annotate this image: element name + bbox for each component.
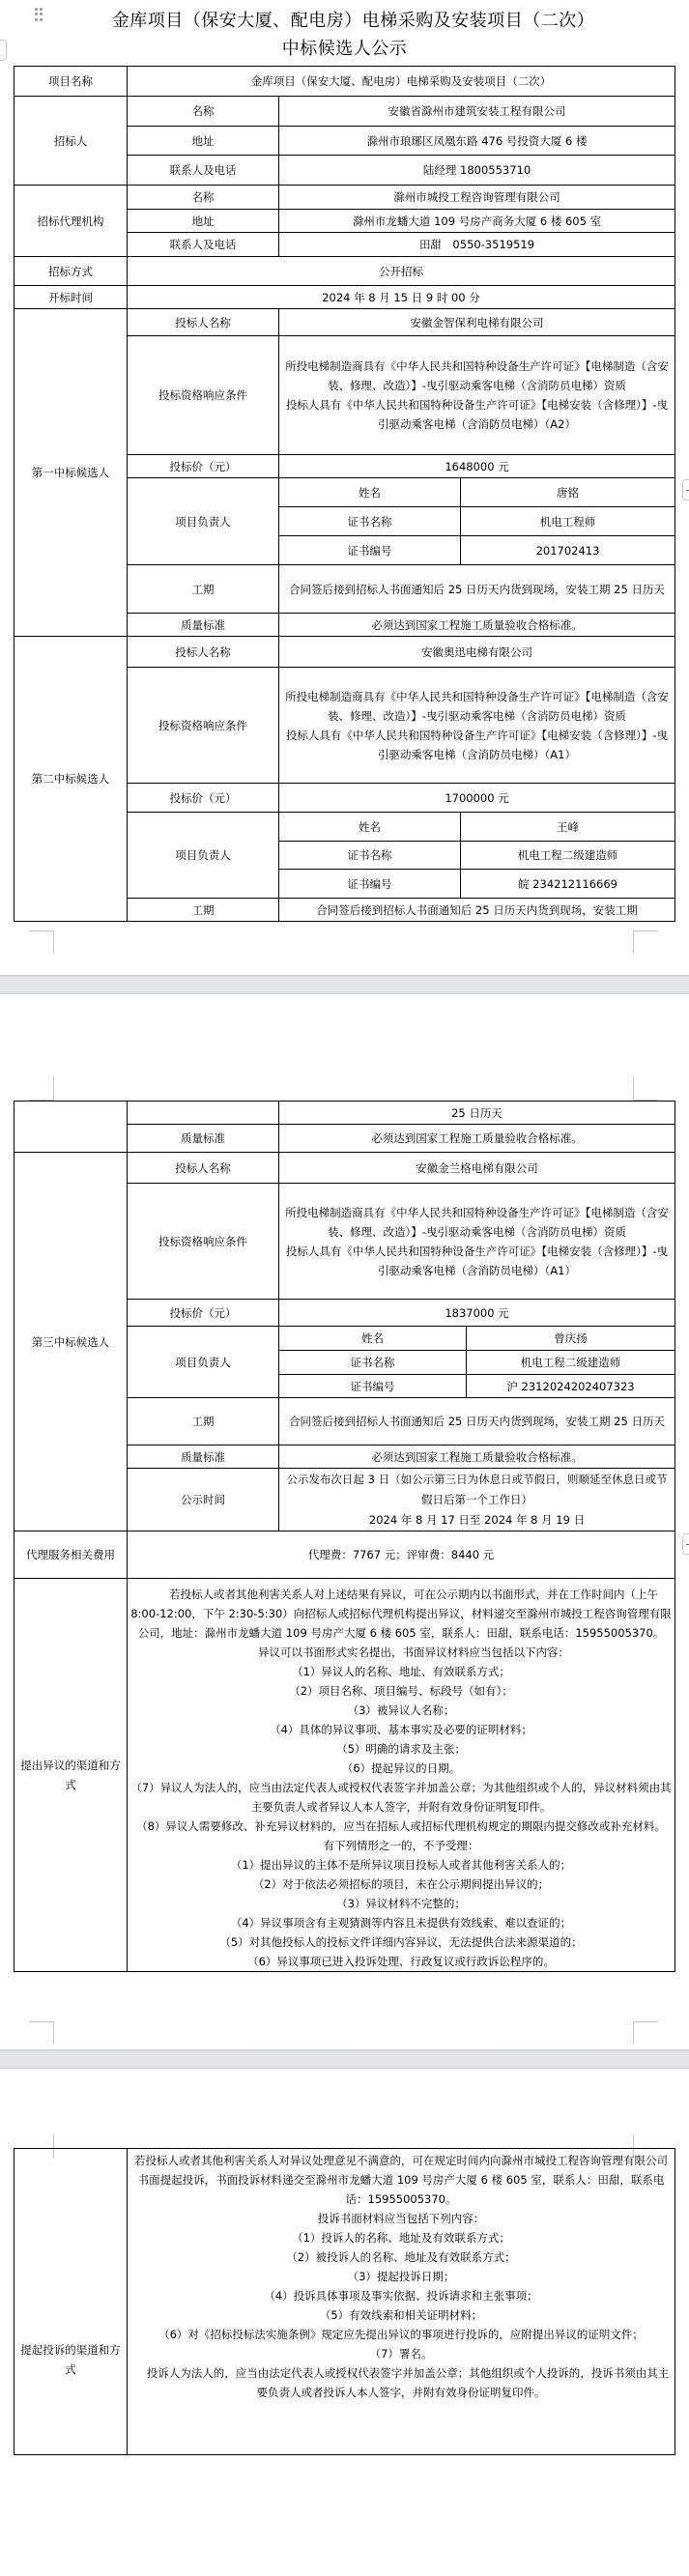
candidate-2-quality: 必须达到国家工程施工质量验收合格标准。	[279, 1125, 675, 1153]
label-publicity-time: 公示时间	[128, 1469, 279, 1531]
label-qualification: 投标资格响应条件	[128, 336, 279, 455]
table-row: 代理服务相关费用 代理费：7767 元；评审费：8440 元	[14, 1531, 675, 1579]
label-bidder-name: 投标人名称	[128, 1153, 279, 1184]
project-name-value: 金库项目（保安大厦、配电房）电梯采购及安装项目（二次）	[128, 67, 675, 97]
info-table-continued: 25 日历天 质量标准 必须达到国家工程施工质量验收合格标准。 第三中标候选人 …	[14, 1101, 675, 1972]
label-cert-no: 证书编号	[279, 870, 461, 899]
page-crop-mark	[29, 1077, 54, 1101]
tenderer-name: 安徽省滁州市建筑安装工程有限公司	[279, 97, 675, 127]
label-quality: 质量标准	[128, 1445, 279, 1469]
candidate-3-cert-no: 沪 2312024202407323	[467, 1375, 675, 1398]
candidate-3-manager: 曾庆扬	[467, 1327, 675, 1351]
page-crop-mark	[29, 2021, 54, 2045]
table-row: 招标人 名称 安徽省滁州市建筑安装工程有限公司	[14, 97, 675, 127]
candidate-3-label: 第三中标候选人	[14, 1153, 128, 1531]
objection-item: （6）提起异议的日期。	[129, 1759, 673, 1778]
open-time-value: 2024 年 8 月 15 日 9 时 00 分	[128, 286, 675, 309]
objection-item: （7）异议人为法人的，应当由法定代表人或授权代表签字并加盖公章；为其他组织或个人…	[129, 1778, 673, 1817]
candidate-2-cert-no: 皖 234212116669	[461, 870, 675, 899]
candidate-1-cert-name: 机电工程师	[461, 507, 675, 536]
table-row: 第二中标候选人 投标人名称 安徽奥迅电梯有限公司	[14, 637, 675, 668]
complaint-intro: 若投标人或者其他利害关系人对异议处理意见不满意的，可在规定时间内向滁州市城投工程…	[129, 2151, 673, 2209]
table-row: 25 日历天	[14, 1102, 675, 1125]
agency-fees-value: 代理费：7767 元；评审费：8440 元	[128, 1531, 675, 1579]
label-bidder-name: 投标人名称	[128, 309, 279, 336]
candidate-2-label-continued	[14, 1102, 128, 1153]
objection-reject-heading: 有下列情形之一的，不予受理：	[129, 1836, 673, 1855]
table-row: 第三中标候选人 投标人名称 安徽金兰格电梯有限公司	[14, 1153, 675, 1184]
qualification-line: 所投电梯制造商具有《中华人民共和国特种设备生产许可证》【电梯制造（含安装、修理、…	[281, 687, 673, 726]
label-duration: 工期	[128, 899, 279, 922]
label-name: 名称	[128, 97, 279, 127]
tenderer-address: 滁州市琅琊区凤凰东路 476 号投资大厦 6 楼	[279, 127, 675, 156]
agency-contact: 田甜 0550-3519519	[279, 233, 675, 257]
label-contact: 联系人及电话	[128, 233, 279, 257]
qualification-line: 所投电梯制造商具有《中华人民共和国特种设备生产许可证》【电梯制造（含安装、修理、…	[281, 1203, 673, 1242]
objection-item: （3）被异议人名称；	[129, 1701, 673, 1720]
candidate-3-price: 1837000 元	[279, 1300, 675, 1327]
page-crop-mark	[29, 930, 54, 954]
complaint-item: （6）对《招标投标法实施条例》规定应先提出异议的事项进行投诉的，应附提出异议的证…	[129, 2325, 673, 2344]
label-person-name: 姓名	[279, 478, 461, 507]
document-subtitle: 中标候选人公示	[0, 36, 689, 63]
complaint-table: 提起投诉的渠道和方式 若投标人或者其他利害关系人对异议处理意见不满意的，可在规定…	[14, 2148, 675, 2455]
document-title: 金库项目（保安大厦、配电房）电梯采购及安装项目（二次）	[0, 8, 689, 35]
table-row: 提起投诉的渠道和方式 若投标人或者其他利害关系人对异议处理意见不满意的，可在规定…	[14, 2149, 675, 2455]
document-page-3: 提起投诉的渠道和方式 若投标人或者其他利害关系人对异议处理意见不满意的，可在规定…	[0, 2069, 689, 2576]
page-separator	[0, 2049, 689, 2069]
collapse-side-tab[interactable]	[682, 479, 689, 501]
label-objection-channel: 提出异议的渠道和方式	[14, 1579, 128, 1972]
label-qualification: 投标资格响应条件	[128, 668, 279, 784]
label-person-name: 姓名	[279, 813, 461, 842]
label-project-name: 项目名称	[14, 67, 128, 97]
objection-item: （8）异议人需要修改、补充异议材料的，应当在招标人或招标代理机构规定的期限内提交…	[129, 1817, 673, 1836]
label-address: 地址	[128, 127, 279, 156]
candidate-1-bidder: 安徽金智保利电梯有限公司	[279, 309, 675, 336]
page-separator	[0, 975, 689, 994]
complaint-item: （1）投诉人的名称、地址及有效联系方式；	[129, 2228, 673, 2247]
label-project-manager: 项目负责人	[128, 813, 279, 899]
table-row: 招标代理机构 名称 滁州市城投工程咨询管理有限公司	[14, 186, 675, 210]
qualification-line: 投标人具有《中华人民共和国特种设备生产许可证》【电梯安装（含修理）】-曳引驱动乘…	[281, 726, 673, 764]
candidate-2-qualification: 所投电梯制造商具有《中华人民共和国特种设备生产许可证》【电梯制造（含安装、修理、…	[279, 668, 675, 784]
label-cert-name: 证书名称	[279, 1351, 467, 1375]
candidate-2-price: 1700000 元	[279, 784, 675, 813]
candidate-1-price: 1648000 元	[279, 455, 675, 478]
complaint-item: （5）有效线索和相关证明材料；	[129, 2305, 673, 2325]
candidate-1-manager: 唐铭	[461, 478, 675, 507]
qualification-line: 投标人具有《中华人民共和国特种设备生产许可证》【电梯安装（含修理）】-曳引驱动乘…	[281, 395, 673, 434]
reject-item: （5）对其他投标人的投标文件详细内容异议，无法提供合法来源渠道的；	[129, 1932, 673, 1952]
complaint-item: （7）署名。	[129, 2344, 673, 2363]
label-complaint-channel: 提起投诉的渠道和方式	[14, 2149, 128, 2455]
label-name: 名称	[128, 186, 279, 210]
label-cert-no: 证书编号	[279, 536, 461, 565]
candidate-1-qualification: 所投电梯制造商具有《中华人民共和国特种设备生产许可证》【电梯制造（含安装、修理、…	[279, 336, 675, 455]
qualification-line: 所投电梯制造商具有《中华人民共和国特种设备生产许可证》【电梯制造（含安装、修理、…	[281, 357, 673, 395]
complaint-closing: 投诉人为法人的，应当由法定代表人或授权代表签字并加盖公章；其他组织或个人投诉的，…	[129, 2363, 673, 2402]
label-bid-price: 投标价（元）	[128, 784, 279, 813]
complaint-content-heading: 投诉书面材料应当包括下列内容：	[129, 2209, 673, 2228]
label-bid-price: 投标价（元）	[128, 455, 279, 478]
objection-item: （4）具体的异议事项、基本事实及必要的证明材料；	[129, 1720, 673, 1739]
label-tenderer: 招标人	[14, 97, 128, 186]
collapse-side-tab[interactable]	[682, 1533, 689, 1555]
label-project-manager: 项目负责人	[128, 1327, 279, 1398]
tenderer-contact: 陆经理 1800553710	[279, 156, 675, 186]
reject-item: （2）对于依法必须招标的项目，未在公示期间提出异议的；	[129, 1875, 673, 1894]
candidate-2-bidder: 安徽奥迅电梯有限公司	[279, 637, 675, 668]
publicity-period: 2024 年 8 月 17 日至 2024 年 8 月 19 日	[281, 1510, 673, 1531]
table-row: 第一中标候选人 投标人名称 安徽金智保利电梯有限公司	[14, 309, 675, 336]
reject-item: （6）异议事项已进入投诉处理、行政复议或行政诉讼程序的。	[129, 1952, 673, 1971]
label-quality: 质量标准	[128, 1125, 279, 1153]
document-page-2: 25 日历天 质量标准 必须达到国家工程施工质量验收合格标准。 第三中标候选人 …	[0, 994, 689, 2049]
candidate-2-manager: 王峰	[461, 813, 675, 842]
candidate-1-label: 第一中标候选人	[14, 309, 128, 637]
label-project-manager: 项目负责人	[128, 478, 279, 565]
label-agency: 招标代理机构	[14, 186, 128, 257]
candidate-2-duration-continued: 25 日历天	[279, 1102, 675, 1125]
objection-item: （5）明确的请求及主张；	[129, 1739, 673, 1759]
label-open-time: 开标时间	[14, 286, 128, 309]
reject-item: （3）异议材料不完整的；	[129, 1894, 673, 1913]
publicity-time-value: 公示发布次日起 3 日（如公示第三日为休息日或节假日，则顺延至休息日或节假日后第…	[279, 1469, 675, 1531]
candidate-3-bidder: 安徽金兰格电梯有限公司	[279, 1153, 675, 1184]
candidate-3-qualification: 所投电梯制造商具有《中华人民共和国特种设备生产许可证》【电梯制造（含安装、修理、…	[279, 1184, 675, 1300]
page-crop-mark	[633, 930, 658, 954]
label-quality: 质量标准	[128, 614, 279, 637]
label-method: 招标方式	[14, 257, 128, 286]
objection-intro: 若投标人或者其他利害关系人对上述结果有异议，可在公示期内以书面形式，并在工作时间…	[129, 1585, 673, 1643]
candidate-2-label: 第二中标候选人	[14, 637, 128, 922]
objection-content-heading: 异议可以书面形式实名提出，书面异议材料应当包括以下内容：	[129, 1643, 673, 1662]
label-cert-name: 证书名称	[279, 842, 461, 870]
table-row: 提出异议的渠道和方式 若投标人或者其他利害关系人对上述结果有异议，可在公示期内以…	[14, 1579, 675, 1972]
table-row: 开标时间 2024 年 8 月 15 日 9 时 00 分	[14, 286, 675, 309]
candidate-3-duration: 合同签后接到招标人书面通知后 25 日历天内货到现场，安装工期 25 日历天	[279, 1398, 675, 1445]
label-duration: 工期	[128, 565, 279, 614]
agency-address: 滁州市龙蟠大道 109 号房产商务大厦 6 楼 605 室	[279, 210, 675, 233]
duration-continued-label	[128, 1102, 279, 1125]
method-value: 公开招标	[128, 257, 675, 286]
label-bid-price: 投标价（元）	[128, 1300, 279, 1327]
label-qualification: 投标资格响应条件	[128, 1184, 279, 1300]
candidate-3-cert-name: 机电工程二级建造师	[467, 1351, 675, 1375]
complaint-item: （3）提起投诉日期；	[129, 2267, 673, 2286]
complaint-content: 若投标人或者其他利害关系人对异议处理意见不满意的，可在规定时间内向滁州市城投工程…	[128, 2149, 675, 2455]
label-contact: 联系人及电话	[128, 156, 279, 186]
publicity-rule: 公示发布次日起 3 日（如公示第三日为休息日或节假日，则顺延至休息日或节假日后第…	[281, 1470, 673, 1510]
qualification-line: 投标人具有《中华人民共和国特种设备生产许可证》【电梯安装（含修理）】-曳引驱动乘…	[281, 1242, 673, 1280]
label-cert-no: 证书编号	[279, 1375, 467, 1398]
candidate-2-cert-name: 机电工程二级建造师	[461, 842, 675, 870]
table-row: 项目名称 金库项目（保安大厦、配电房）电梯采购及安装项目（二次）	[14, 67, 675, 97]
objection-item: （2）项目名称、项目编号、标段号（如有）；	[129, 1681, 673, 1701]
label-address: 地址	[128, 210, 279, 233]
reject-item: （4）异议事项含有主观猜测等内容且未提供有效线索、难以查证的；	[129, 1913, 673, 1932]
label-person-name: 姓名	[279, 1327, 467, 1351]
label-agency-fees: 代理服务相关费用	[14, 1531, 128, 1579]
document-page-1: 金库项目（保安大厦、配电房）电梯采购及安装项目（二次） 中标候选人公示 项目名称…	[0, 0, 689, 975]
label-cert-name: 证书名称	[279, 507, 461, 536]
candidate-1-duration: 合同签后接到招标人书面通知后 25 日历天内货到现场，安装工期 25 日历天	[279, 565, 675, 614]
page-crop-mark	[633, 2021, 658, 2045]
info-table: 项目名称 金库项目（保安大厦、配电房）电梯采购及安装项目（二次） 招标人 名称 …	[14, 66, 675, 922]
label-duration: 工期	[128, 1398, 279, 1445]
complaint-item: （4）投诉具体事项及事实依据、投诉请求和主张事项；	[129, 2286, 673, 2305]
complaint-item: （2）被投诉人的名称、地址及有效联系方式；	[129, 2247, 673, 2267]
label-bidder-name: 投标人名称	[128, 637, 279, 668]
objection-content: 若投标人或者其他利害关系人对上述结果有异议，可在公示期内以书面形式，并在工作时间…	[128, 1579, 675, 1972]
objection-item: （1）异议人的名称、地址、有效联系方式；	[129, 1662, 673, 1681]
reject-item: （1）提出异议的主体不是所异议项目投标人或者其他利害关系人的；	[129, 1855, 673, 1875]
candidate-1-cert-no: 201702413	[461, 536, 675, 565]
candidate-2-duration: 合同签后接到招标人书面通知后 25 日历天内货到现场，安装工期	[279, 899, 675, 922]
candidate-1-quality: 必须达到国家工程施工质量验收合格标准。	[279, 614, 675, 637]
candidate-3-quality: 必须达到国家工程施工质量验收合格标准。	[279, 1445, 675, 1469]
table-row: 招标方式 公开招标	[14, 257, 675, 286]
agency-name: 滁州市城投工程咨询管理有限公司	[279, 186, 675, 210]
page-crop-mark	[633, 1077, 658, 1101]
